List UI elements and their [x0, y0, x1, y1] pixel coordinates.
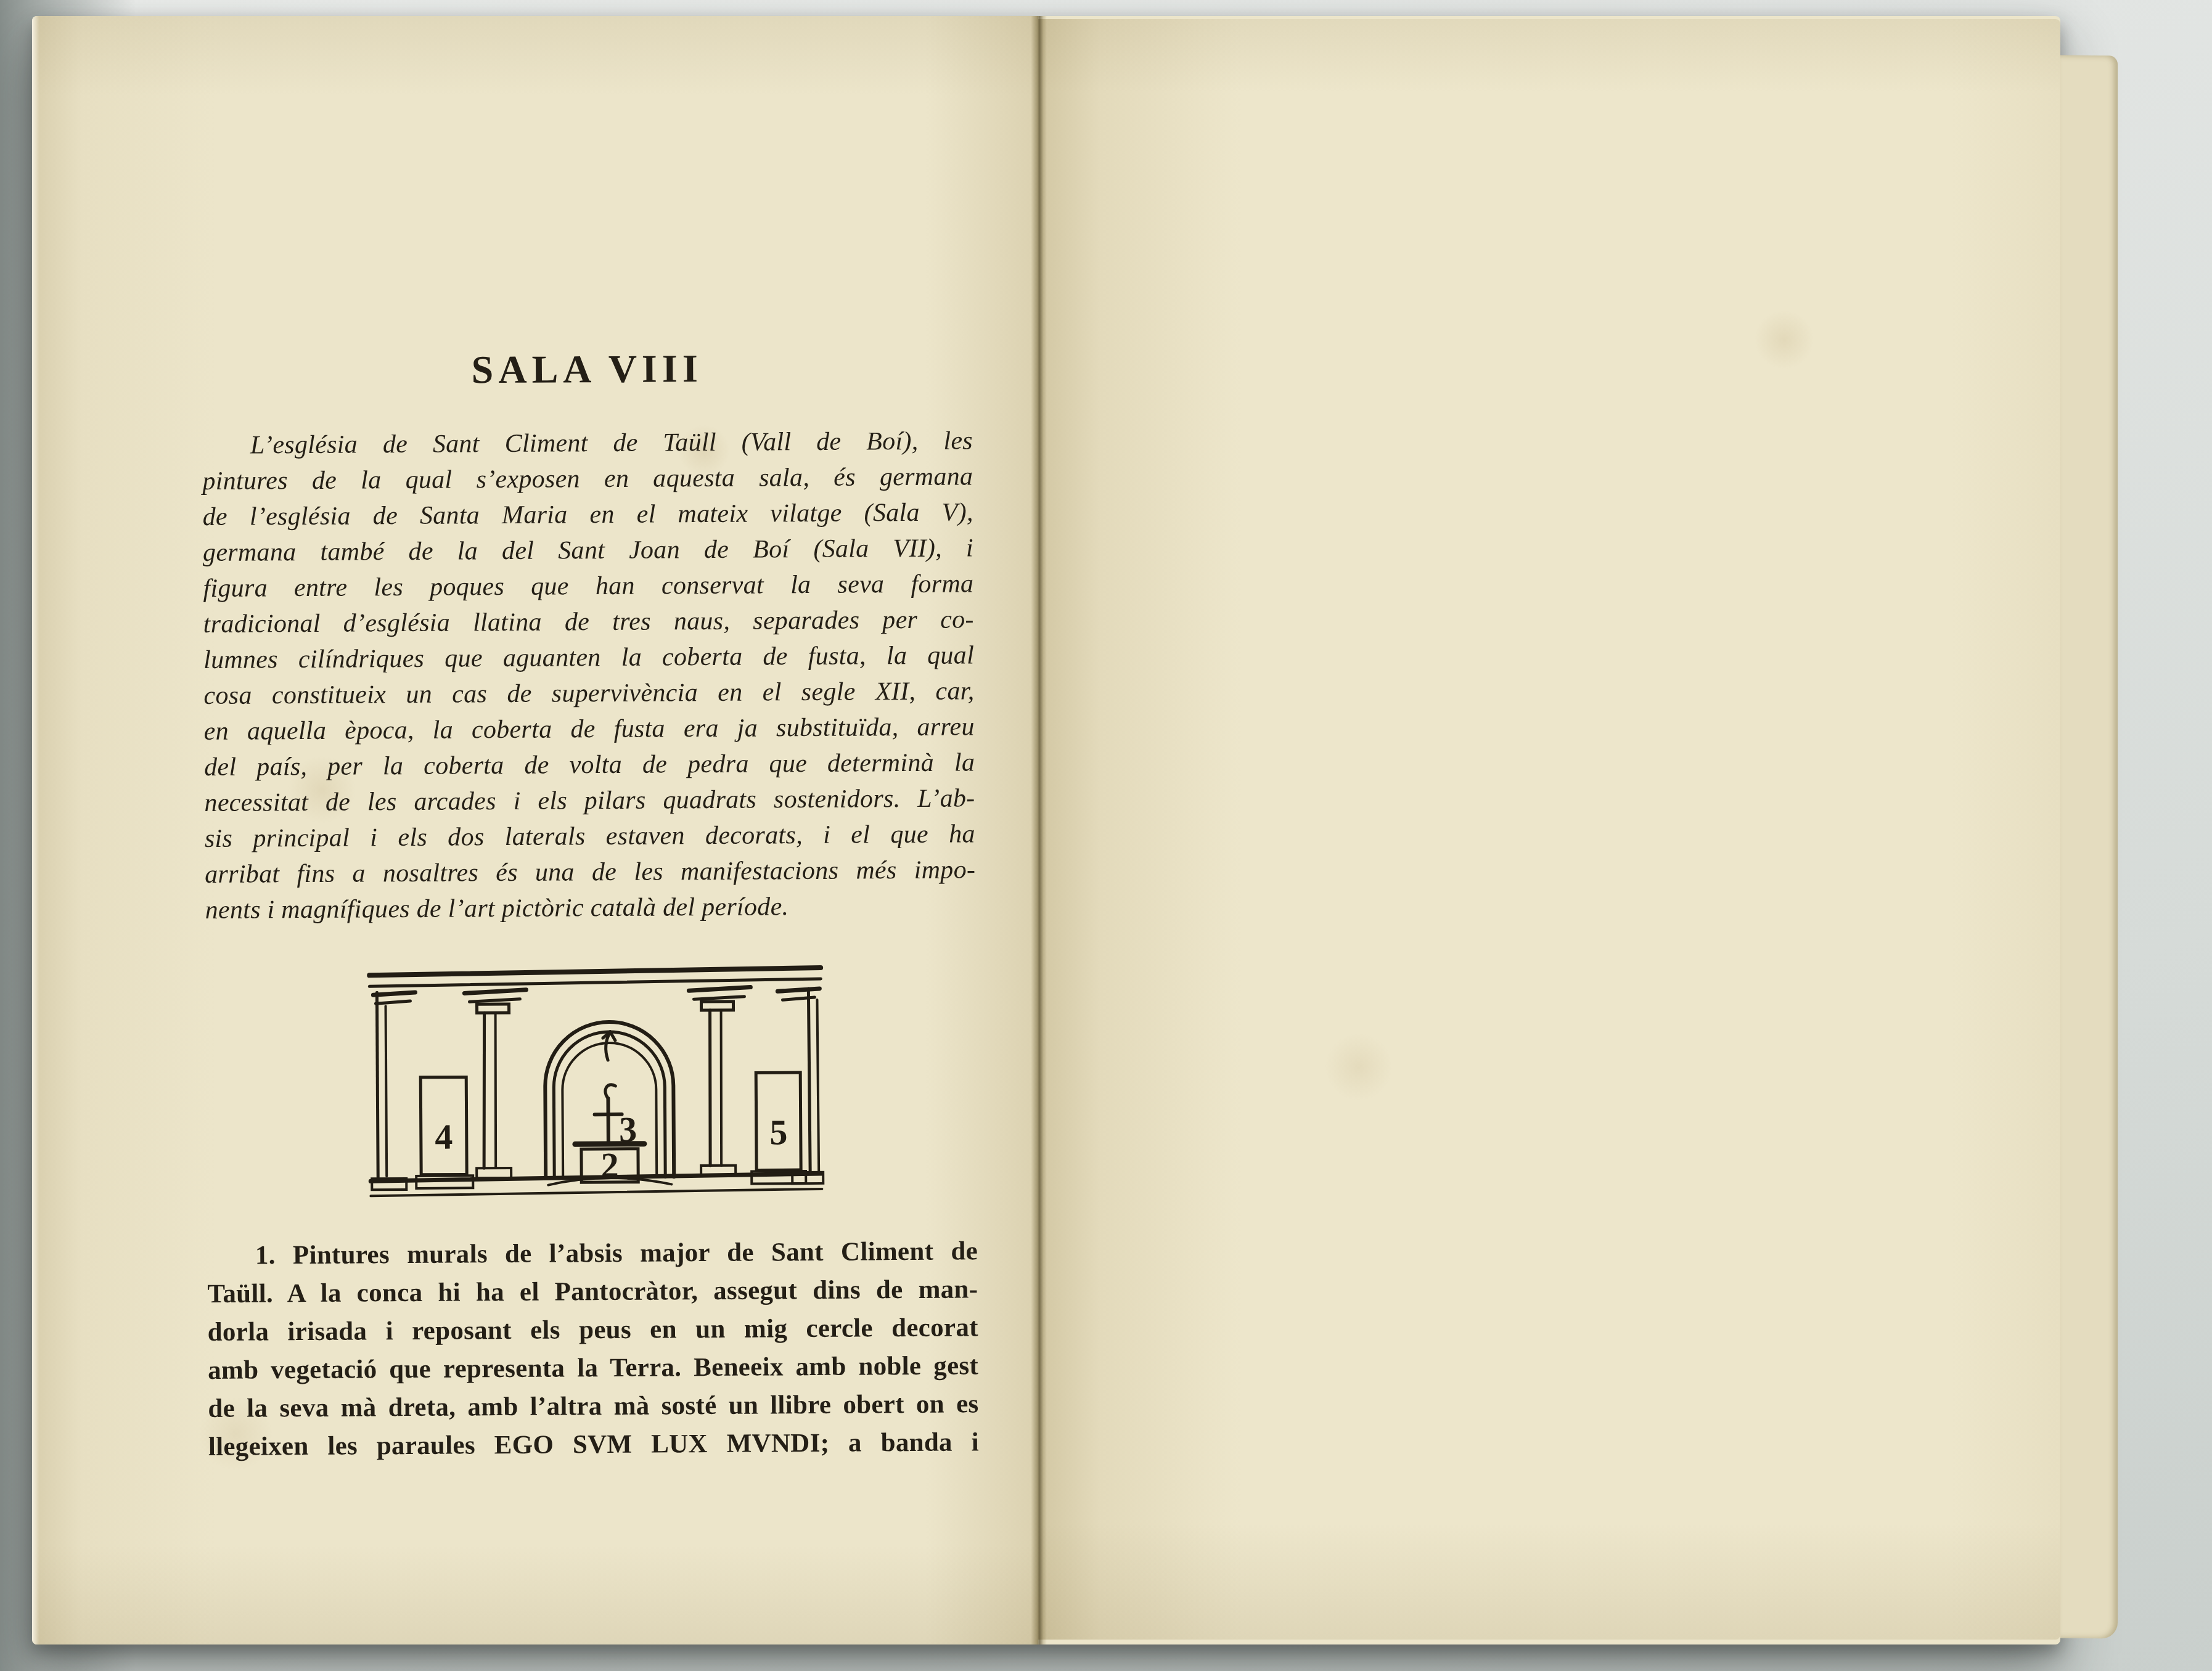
column-capital — [477, 1004, 509, 1013]
text-line: tradicional d’església llatina de tres n… — [203, 602, 974, 642]
left-page-content: SALA VIII L’església de Sant Climent de … — [202, 344, 979, 1466]
text-line: dorla irisada i reposant els peus en un … — [208, 1309, 978, 1352]
text-line: pintures de la qual s’exposen en aquesta… — [202, 459, 973, 499]
column-shaft — [721, 1010, 723, 1166]
figure-label-3: 3 — [619, 1109, 637, 1150]
text-line: arribat fins a nosaltres és una de les m… — [205, 852, 975, 893]
figure-label-2: 2 — [600, 1145, 618, 1185]
text-line: germana també de la del Sant Joan de Boí… — [203, 530, 973, 571]
cornice-hatch — [694, 997, 744, 1000]
text-line: en aquella època, la coberta de fusta er… — [204, 709, 975, 750]
text-line: lumnes cilíndriques que aguanten la cobe… — [203, 637, 974, 678]
column-shaft — [710, 1010, 711, 1166]
text-line: cosa constitueix un cas de supervivència… — [203, 673, 974, 714]
column-capital — [701, 1002, 733, 1010]
section-title: SALA VIII — [202, 344, 972, 394]
pilaster — [377, 992, 378, 1177]
column-shaft — [483, 1013, 486, 1168]
text-line: L’església de Sant Climent de Taüll (Val… — [202, 423, 973, 464]
cornice-hatch — [689, 987, 750, 991]
page-edges-stack — [2060, 55, 2118, 1639]
figure-label-4: 4 — [435, 1117, 453, 1157]
apse-diagram: 4 2 3 5 — [361, 954, 830, 1199]
text-line: figura entre les poques que han conserva… — [203, 566, 973, 607]
ground-line — [371, 1189, 822, 1196]
figure-label-5: 5 — [769, 1112, 787, 1152]
text-line: amb vegetació que representa la Terra. B… — [208, 1347, 978, 1390]
intro-paragraph: L’església de Sant Climent de Taüll (Val… — [202, 423, 976, 928]
text-line: del país, per la coberta de volta de ped… — [204, 745, 975, 785]
left-page: SALA VIII L’església de Sant Climent de … — [32, 16, 1038, 1644]
cornice-hatch — [464, 990, 526, 994]
book-gutter — [1031, 16, 1047, 1644]
open-book: SALA VIII L’església de Sant Climent de … — [32, 16, 2060, 1644]
column-base — [477, 1168, 511, 1178]
pilaster — [808, 989, 810, 1174]
cornice-hatch — [777, 989, 819, 991]
text-line: de la seva mà dreta, amb l’altra mà sost… — [208, 1385, 978, 1428]
cornice-hatch — [373, 992, 415, 995]
altar-cross — [605, 1085, 616, 1098]
text-line: 1. Pintures murals de l’absis major de S… — [207, 1232, 978, 1275]
cornice-hatch — [469, 999, 520, 1002]
entablature-line — [369, 979, 821, 986]
text-line: de l’església de Santa Maria en el matei… — [202, 494, 973, 535]
column-shaft — [495, 1013, 497, 1168]
text-line: sis principal i els dos laterals estaven… — [205, 816, 975, 857]
cornice-hatch — [375, 1001, 410, 1003]
photographed-book-scene: SALA VIII L’església de Sant Climent de … — [0, 0, 2212, 1671]
text-line: Taüll. A la conca hi ha el Pantocràtor, … — [207, 1270, 978, 1314]
text-line: necessitat de les arcades i els pilars q… — [204, 780, 975, 821]
text-line: llegeixen les paraules EGO SVM LUX MVNDI… — [208, 1423, 979, 1466]
right-page: Sala VIII 39 banda de la testa figuren e… — [1038, 19, 2060, 1640]
text-line: nents i magnífiques de l’art pictòric ca… — [205, 888, 975, 928]
entablature-line — [369, 968, 821, 975]
entry-1-paragraph: 1. Pintures murals de l’absis major de S… — [207, 1232, 979, 1466]
pilaster — [817, 1000, 819, 1172]
pilaster — [386, 1006, 387, 1176]
